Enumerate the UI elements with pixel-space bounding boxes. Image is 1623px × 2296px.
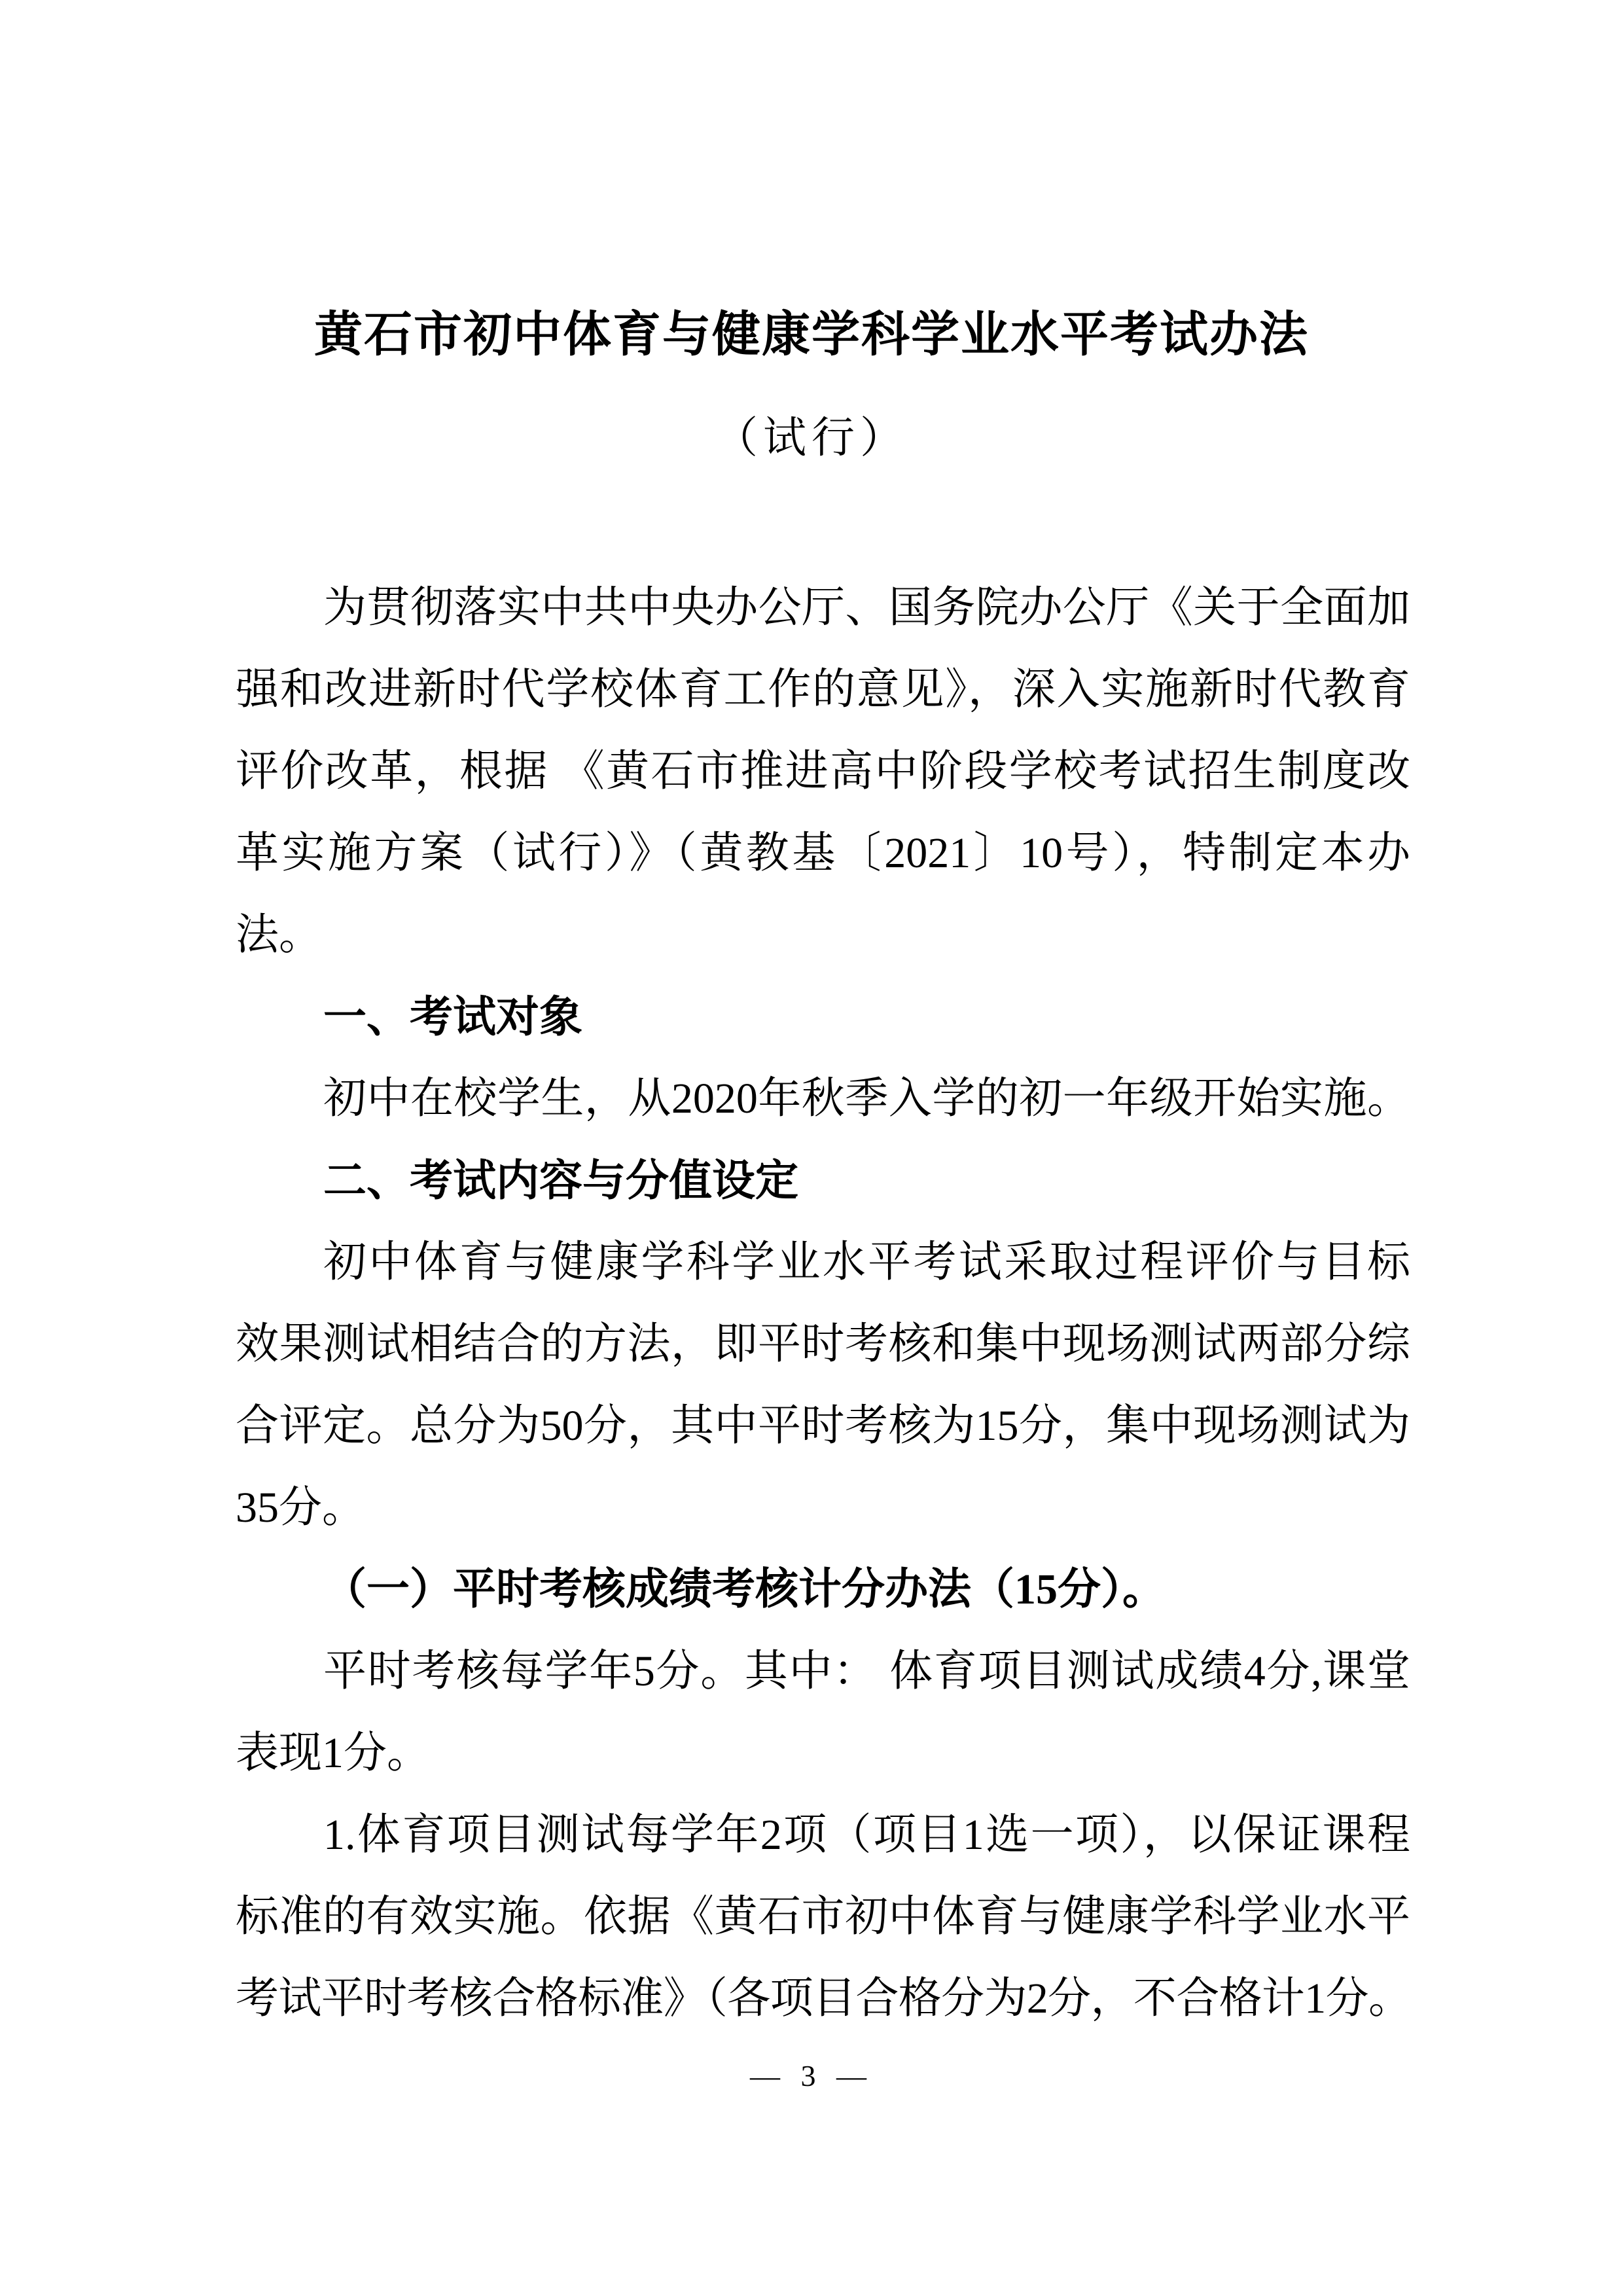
subsection-heading-daily-assessment: （一）平时考核成绩考核计分办法（15分）。 <box>236 1549 1410 1630</box>
body-line-18: 考试平时考核合格标准》（各项目合格分为2分，不合格计1分。 <box>236 1958 1410 2039</box>
document-page: 黄石市初中体育与健康学科学业水平考试办法 （试行） 为贯彻落实中共中央办公厅、国… <box>0 0 1623 2296</box>
document-subtitle: （试行） <box>0 407 1623 469</box>
body-line-14: 平时考核每学年5分。其中： 体育项目测试成绩4分,课堂 <box>236 1630 1410 1712</box>
body-line-5: 法。 <box>236 894 1410 976</box>
page-number: — 3 — <box>0 2056 1623 2096</box>
body-line-9: 初中体育与健康学科学业水平考试采取过程评价与目标 <box>236 1221 1410 1303</box>
section-heading-exam-target: 一、考试对象 <box>236 976 1410 1058</box>
body-line-4: 革实施方案（试行）》（黄教基〔2021〕10号），特制定本办 <box>236 812 1410 894</box>
document-body: 为贯彻落实中共中央办公厅、国务院办公厅《关于全面加 强和改进新时代学校体育工作的… <box>236 567 1410 2039</box>
body-line-7: 初中在校学生，从2020年秋季入学的初一年级开始实施。 <box>236 1058 1410 1139</box>
body-line-10: 效果测试相结合的方法，即平时考核和集中现场测试两部分综 <box>236 1303 1410 1385</box>
body-line-1: 为贯彻落实中共中央办公厅、国务院办公厅《关于全面加 <box>236 567 1410 649</box>
body-line-3: 评价改革，根据 《黄石市推进高中阶段学校考试招生制度改 <box>236 730 1410 812</box>
body-line-2: 强和改进新时代学校体育工作的意见》，深入实施新时代教育 <box>236 649 1410 730</box>
section-heading-exam-content: 二、考试内容与分值设定 <box>236 1139 1410 1221</box>
body-line-12: 35分。 <box>236 1467 1410 1549</box>
body-line-15: 表现1分。 <box>236 1712 1410 1794</box>
body-line-16: 1.体育项目测试每学年2项（项目1选一项），以保证课程 <box>236 1794 1410 1876</box>
document-title: 黄石市初中体育与健康学科学业水平考试办法 <box>0 296 1623 374</box>
body-line-11: 合评定。总分为50分，其中平时考核为15分，集中现场测试为 <box>236 1385 1410 1467</box>
body-line-17: 标准的有效实施。依据《黄石市初中体育与健康学科学业水平 <box>236 1876 1410 1958</box>
